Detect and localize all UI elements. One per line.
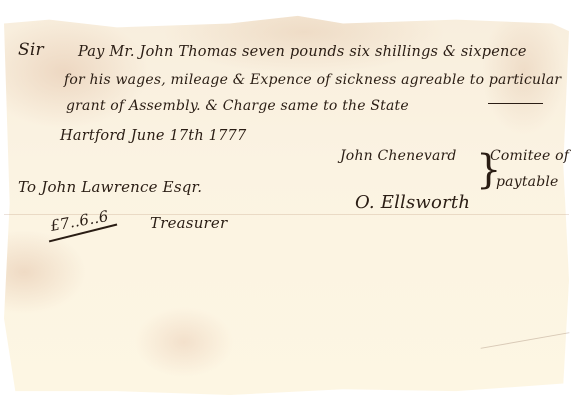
- paper-sheet: [4, 12, 569, 395]
- body-line-3: grant of Assembly. & Charge same to the …: [66, 98, 409, 114]
- addressee-title: Treasurer: [150, 214, 227, 232]
- committee-label-1: Comitee of: [490, 148, 569, 164]
- body-line-1: Pay Mr. John Thomas seven pounds six shi…: [78, 44, 527, 60]
- committee-label-2: paytable: [496, 174, 559, 190]
- addressee: To John Lawrence Esqr.: [18, 178, 202, 196]
- body-line-2: for his wages, mileage & Expence of sick…: [64, 72, 561, 88]
- salutation: Sir: [18, 40, 44, 60]
- signature-ellsworth: O. Ellsworth: [355, 192, 470, 213]
- flourish-line: [488, 103, 543, 104]
- signature-chenevard: John Chenevard: [340, 148, 457, 164]
- place-date: Hartford June 17th 1777: [60, 128, 246, 144]
